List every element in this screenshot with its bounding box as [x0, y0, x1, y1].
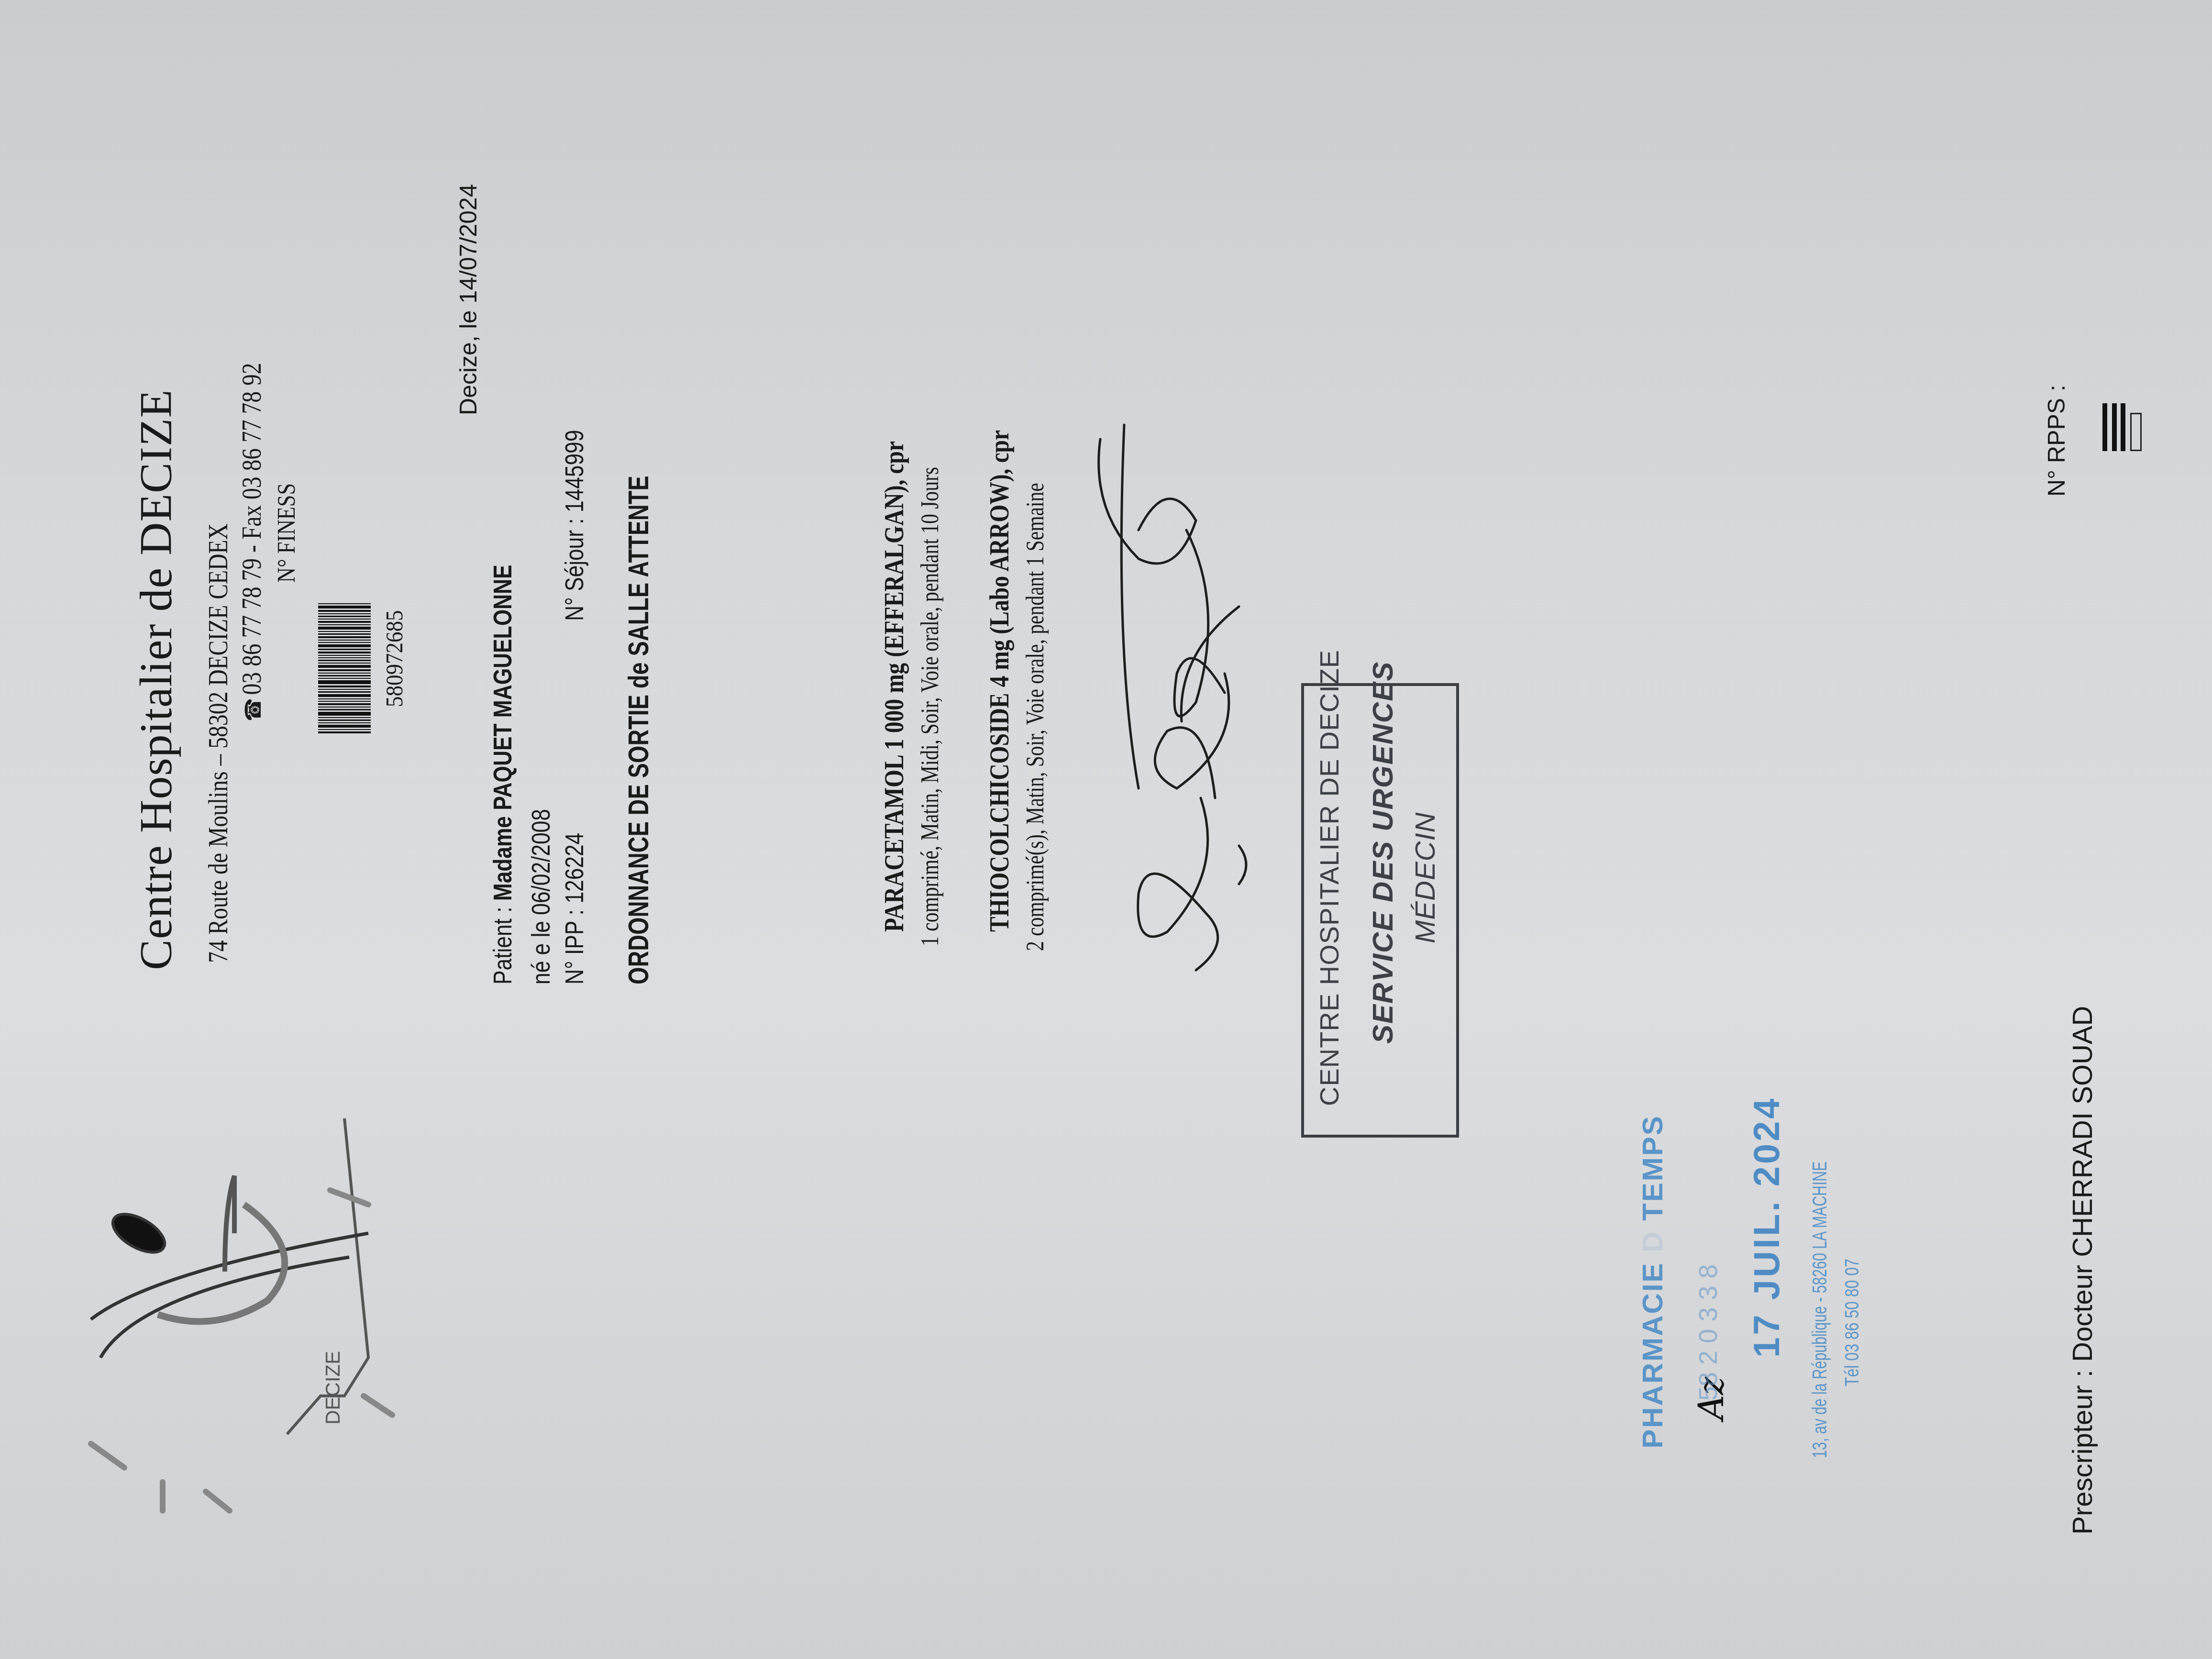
pharmacy-phone: Tél 03 86 50 80 07 — [1842, 1259, 1863, 1386]
pharmacy-address: 13, av de la République - 58260 LA MACHI… — [1808, 1161, 1831, 1458]
prescriber: Prescripteur : Docteur CHERRADI SOUAD — [2067, 1006, 2099, 1535]
hospital-address: 74 Route de Moulins – 58302 DECIZE CEDEX — [203, 523, 234, 963]
hospital-phone-fax: ☎03 86 77 78 79 - Fax 03 86 77 78 92 — [237, 363, 267, 721]
patient-line: Patient : Madame PAQUET MAGUELONNE — [488, 564, 518, 984]
rpps-label: N° RPPS : — [2043, 385, 2070, 497]
finess-label: N° FINESS — [273, 483, 301, 583]
stamp-role-line: MÉDECIN — [1409, 812, 1441, 943]
finess-barcode — [318, 590, 371, 733]
dispense-date: 17 JUIL. 2024 — [1746, 1096, 1788, 1358]
svg-text:DECIZE: DECIZE — [321, 1351, 344, 1425]
pharmacy-stamp: PHARMACIE D TEMPS Az 58 2 0 3 3 8 17 JUI… — [1617, 980, 1913, 1458]
medication-name: THIOCOLCHICOSIDE 4 mg (Labo ARROW), cpr — [983, 430, 1015, 932]
prescription-document: DECIZE Centre Hospitalier de DECIZE 74 R… — [0, 0, 2212, 1659]
hospital-logo-icon: DECIZE — [62, 1061, 397, 1539]
stamp-hospital-line: CENTRE HOSPITALIER DE DECIZE — [1314, 650, 1345, 1106]
patient-name: Madame PAQUET MAGUELONNE — [488, 564, 517, 901]
pharmacy-name-part: TEMPS — [1637, 1115, 1669, 1221]
medication-dosage: 1 comprimé, Matin, Midi, Soir, Voie oral… — [916, 467, 944, 946]
patient-ipp: N° IPP : 126224 — [560, 833, 589, 984]
stamp-service-line: SERVICE DES URGENCES — [1366, 661, 1399, 1044]
document-date: Decize, le 14/07/2024 — [454, 184, 482, 415]
pharmacy-code: 58 2 0 3 3 8 — [1693, 1264, 1723, 1401]
patient-label: Patient : — [488, 901, 517, 984]
medication-name: PARACETAMOL 1 000 mg (EFFERALGAN), cpr — [878, 441, 910, 932]
hospital-stamp: CENTRE HOSPITALIER DE DECIZE SERVICE DES… — [1301, 683, 1459, 1138]
phone-fax-text: 03 86 77 78 79 - Fax 03 86 77 78 92 — [237, 363, 267, 695]
pharmacy-name: PHARMACIE D TEMPS — [1636, 1115, 1669, 1449]
patient-dob: né e le 06/02/2008 — [526, 809, 556, 984]
hospital-name: Centre Hospitalier de DECIZE — [129, 389, 182, 970]
finess-number: 580972685 — [380, 610, 408, 708]
prescription-title: ORDONNANCE DE SORTIE de SALLE ATTENTE — [622, 476, 655, 984]
patient-sejour: N° Séjour : 1445999 — [560, 430, 589, 621]
rpps-barcode-icon — [2102, 403, 2148, 451]
doctor-signature-icon — [1081, 415, 1263, 989]
pharmacy-name-part: PHARMACIE — [1637, 1262, 1669, 1449]
phone-icon: ☎ — [241, 698, 265, 721]
medication-dosage: 2 comprimé(s), Matin, Soir, Voie orale, … — [1021, 483, 1050, 951]
